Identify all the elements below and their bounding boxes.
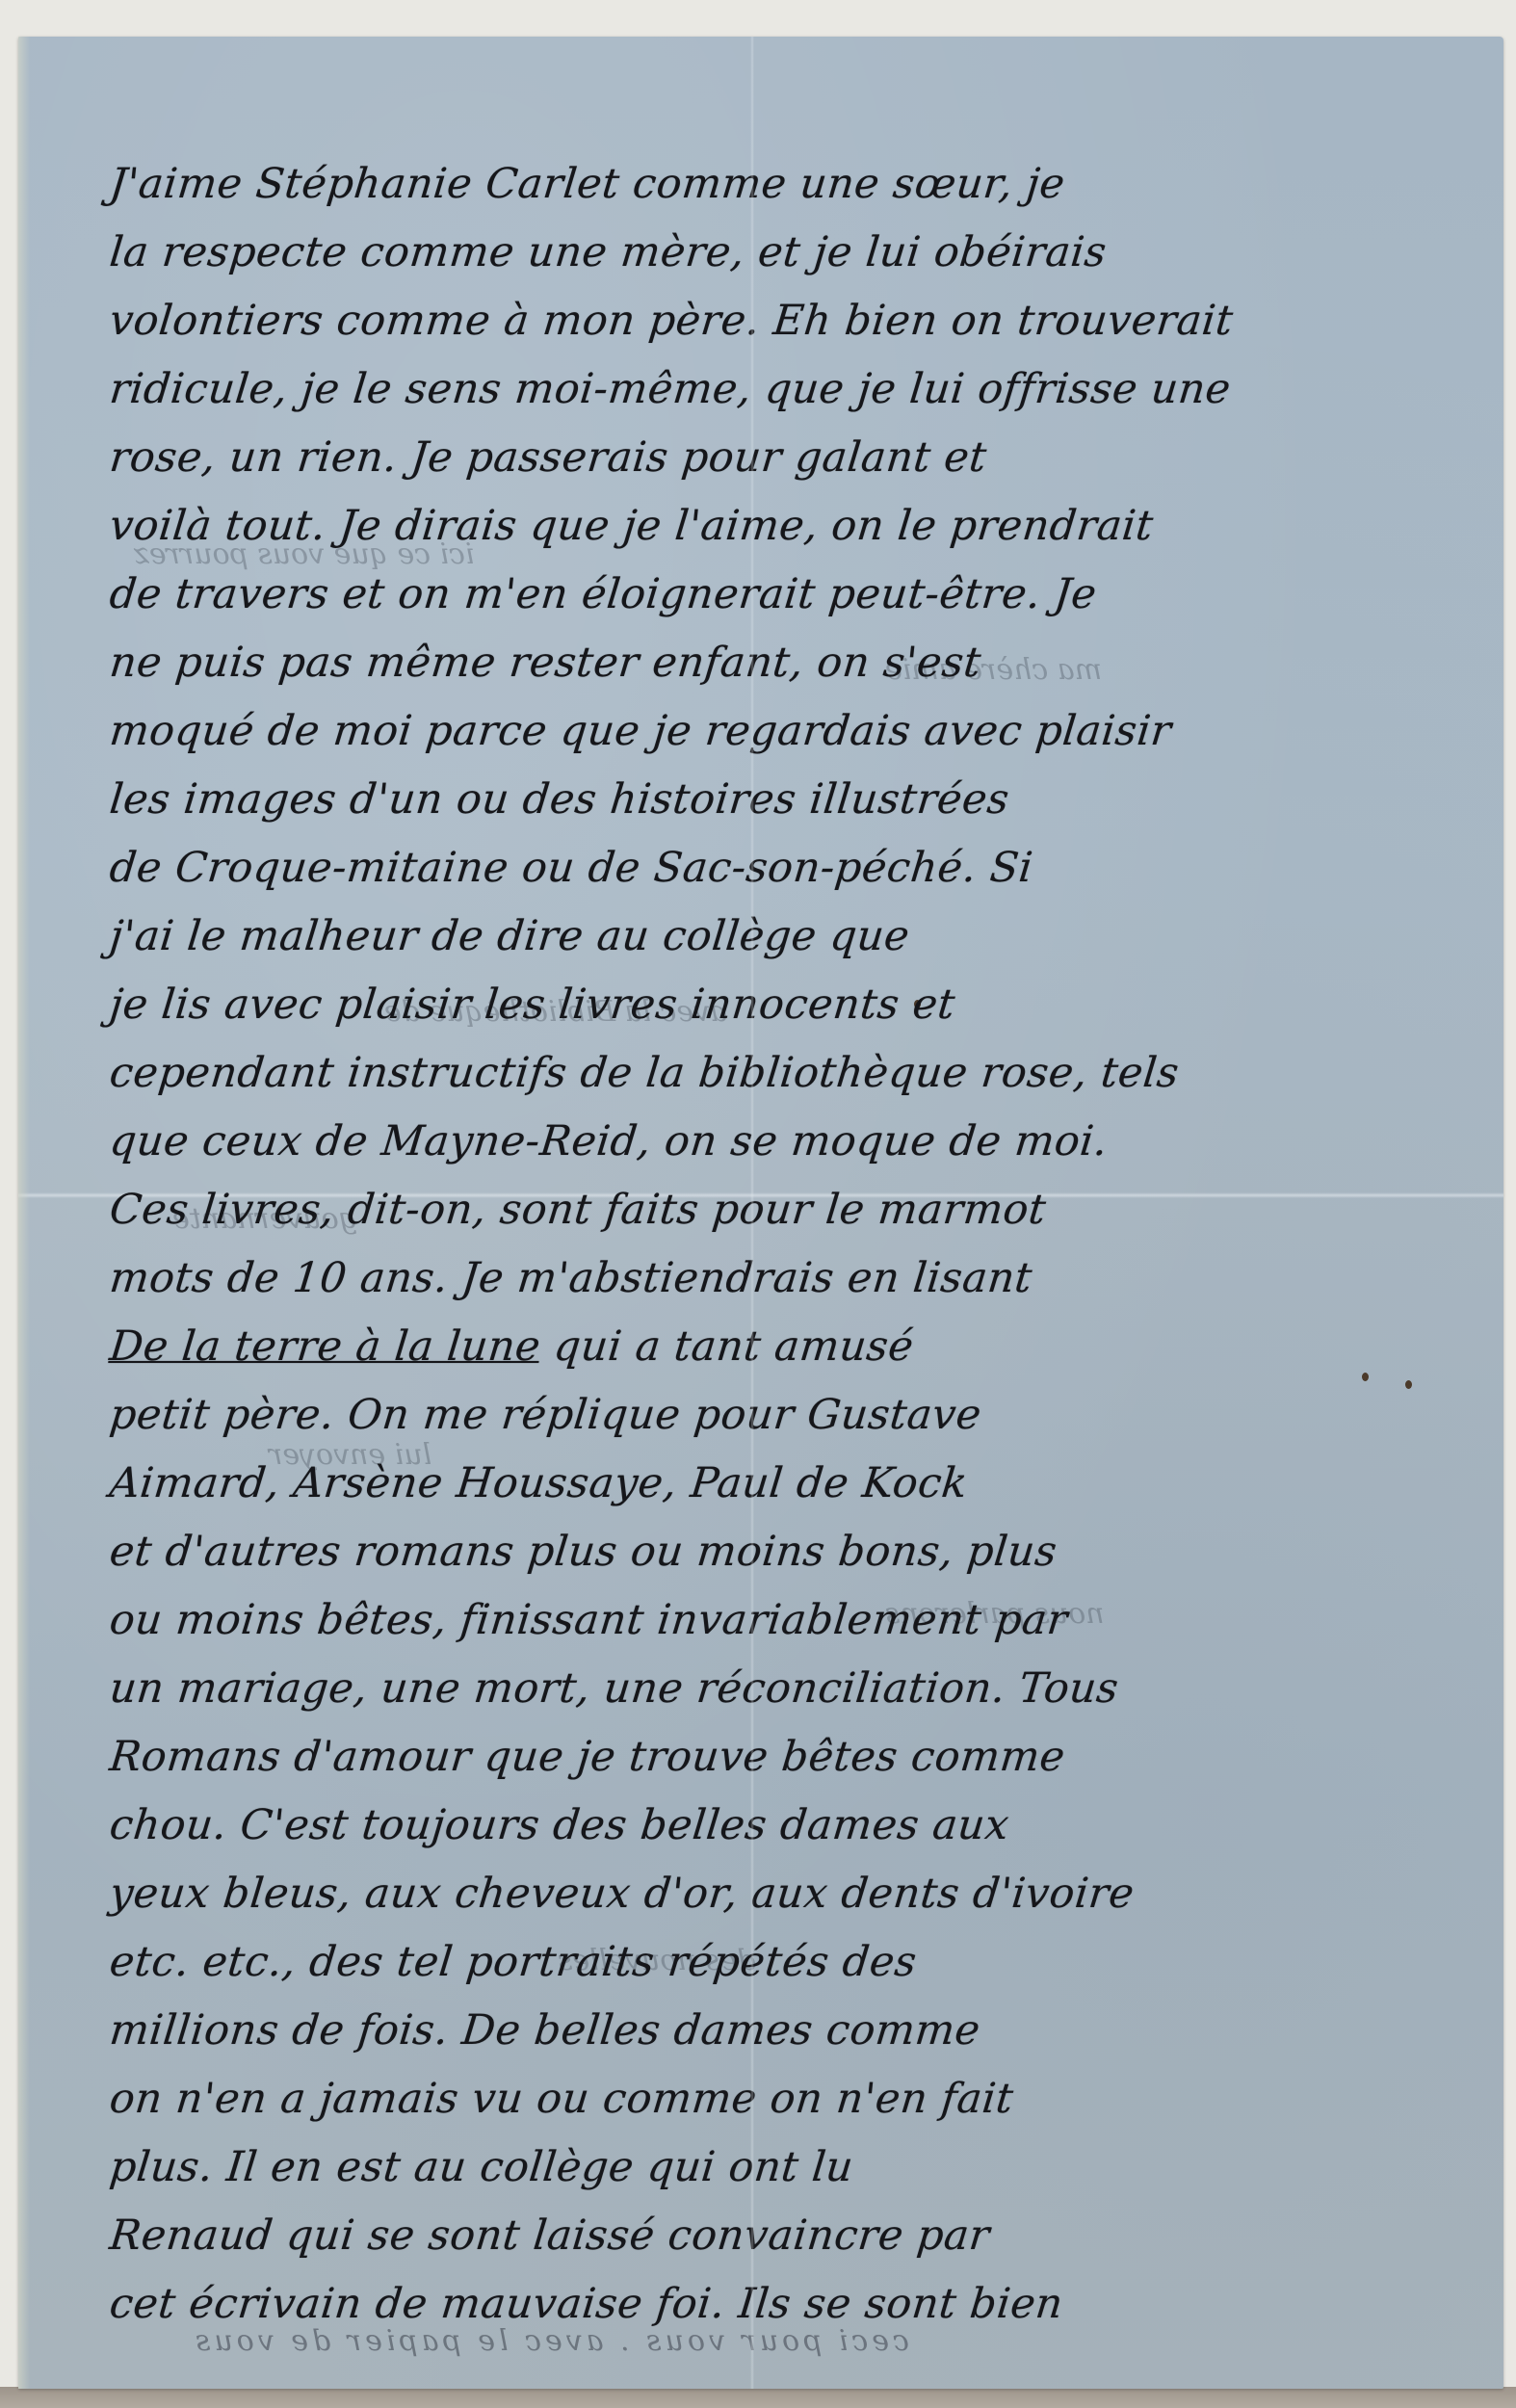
letter-line: Aimard, Arsène Houssaye, Paul de Kock bbox=[106, 1450, 1500, 1518]
sheet-edge bbox=[18, 37, 30, 2389]
letter-line: etc. etc., des tel portraits répétés des bbox=[106, 1928, 1500, 1997]
letter-line: je lis avec plaisir les livres innocents… bbox=[106, 971, 1500, 1039]
letter-line: j'ai le malheur de dire au collège que bbox=[106, 903, 1500, 971]
letter-line: de travers et on m'en éloignerait peut-ê… bbox=[106, 561, 1500, 629]
letter-line-rest: qui a tant amusé bbox=[537, 1322, 916, 1371]
bleed-through-bottom: ceci pour vous . avec le papier de vous bbox=[192, 2324, 909, 2358]
letter-body: J'aime Stéphanie Carlet comme une sœur, … bbox=[110, 150, 1497, 2339]
letter-line: un mariage, une mort, une réconciliation… bbox=[106, 1655, 1500, 1723]
letter-line: mots de 10 ans. Je m'abstiendrais en lis… bbox=[106, 1244, 1500, 1313]
letter-line: millions de fois. De belles dames comme bbox=[106, 1997, 1500, 2065]
letter-line: Renaud qui se sont laissé convaincre par bbox=[106, 2202, 1500, 2270]
letter-line: plus. Il en est au collège qui ont lu bbox=[106, 2133, 1500, 2202]
letter-line-underlined-title: De la terre à la lune qui a tant amusé bbox=[106, 1313, 1500, 1381]
letter-line: voilà tout. Je dirais que je l'aime, on … bbox=[106, 492, 1500, 561]
photo-backdrop bbox=[0, 2387, 1516, 2408]
letter-line: J'aime Stéphanie Carlet comme une sœur, … bbox=[106, 150, 1500, 219]
letter-line: Ces livres, dit-on, sont faits pour le m… bbox=[106, 1176, 1500, 1244]
letter-line: que ceux de Mayne-Reid, on se moque de m… bbox=[106, 1108, 1500, 1176]
letter-line: chou. C'est toujours des belles dames au… bbox=[106, 1792, 1500, 1860]
letter-line: yeux bleus, aux cheveux d'or, aux dents … bbox=[106, 1860, 1500, 1928]
letter-line: on n'en a jamais vu ou comme on n'en fai… bbox=[106, 2065, 1500, 2133]
letter-line: volontiers comme à mon père. Eh bien on … bbox=[106, 287, 1500, 355]
letter-line: la respecte comme une mère, et je lui ob… bbox=[106, 219, 1500, 287]
letter-sheet: ici ce que vous pourrez ma chère amie av… bbox=[18, 37, 1503, 2389]
letter-line: moqué de moi parce que je regardais avec… bbox=[106, 697, 1500, 766]
letter-line: ne puis pas même rester enfant, on s'est bbox=[106, 629, 1500, 697]
underlined-book-title: De la terre à la lune bbox=[107, 1322, 542, 1371]
letter-line: cependant instructifs de la bibliothèque… bbox=[106, 1039, 1500, 1108]
letter-line: rose, un rien. Je passerais pour galant … bbox=[106, 424, 1500, 492]
letter-line: et d'autres romans plus ou moins bons, p… bbox=[106, 1518, 1500, 1586]
letter-line: ou moins bêtes, finissant invariablement… bbox=[106, 1586, 1500, 1655]
letter-line: de Croque-mitaine ou de Sac-son-péché. S… bbox=[106, 834, 1500, 903]
letter-line: les images d'un ou des histoires illustr… bbox=[106, 766, 1500, 834]
letter-line: Romans d'amour que je trouve bêtes comme bbox=[106, 1723, 1500, 1792]
letter-line: ridicule, je le sens moi-même, que je lu… bbox=[106, 355, 1500, 424]
letter-line: petit père. On me réplique pour Gustave bbox=[106, 1381, 1500, 1450]
